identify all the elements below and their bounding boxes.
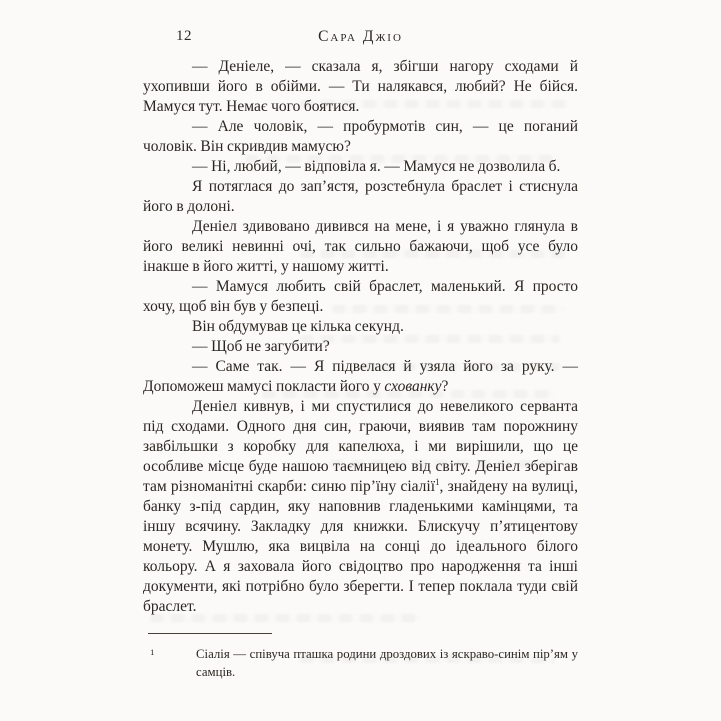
body-text: — Деніеле, — сказала я, збігши нагору сх… [143,57,578,617]
paragraph: — Але чоловік, — пробурмотів син, — це п… [143,117,578,157]
footnote-marker: 1 [150,643,154,661]
paragraph: — Саме так. — Я підвелася й узяла його з… [143,357,578,397]
footnote-separator [148,633,272,634]
paragraph: Деніел здивовано дивився на мене, і я ув… [143,217,578,277]
paragraph: Я потяглася до зап’ястя, розстебнула бра… [143,177,578,217]
paragraph: — Деніеле, — сказала я, збігши нагору сх… [143,57,578,117]
running-head-author: Сара Джіо [143,28,578,46]
running-header: 12 Сара Джіо [143,28,578,45]
footnote: 1 Сіалія — співуча пташка родини дроздов… [143,645,578,681]
page-content: 12 Сара Джіо — Деніеле, — сказала я, збі… [143,28,578,617]
paragraph: — Мамуся любить свій браслет, маленький.… [143,277,578,317]
footnote-text: Сіалія — співуча пташка родини дроздових… [196,647,578,679]
paragraph: Деніел кивнув, і ми спустилися до невели… [143,397,578,617]
book-page: 12 Сара Джіо — Деніеле, — сказала я, збі… [0,0,721,721]
footnote-area: 1 Сіалія — співуча пташка родини дроздов… [143,633,578,681]
paragraph: — Щоб не загубити? [143,337,578,357]
paragraph: — Ні, любий, — відповіла я. — Мамуся не … [143,157,578,177]
page-number: 12 [176,28,192,45]
paragraph: Він обдумував це кілька секунд. [143,317,578,337]
